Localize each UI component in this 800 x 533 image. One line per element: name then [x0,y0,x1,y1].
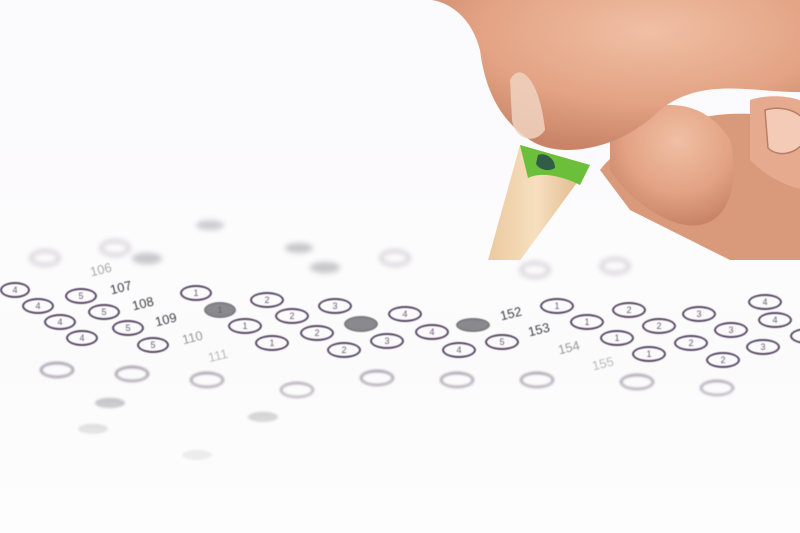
question-number: 111 [206,346,229,365]
bubble[interactable]: 2 [250,292,284,308]
bubble[interactable]: 1 [632,346,666,362]
bubble[interactable]: 5 [485,334,519,350]
bubble[interactable]: 1 [180,285,212,301]
question-number: 152 [499,304,524,324]
bubble[interactable]: 2 [612,302,646,318]
question-number: 154 [557,338,582,358]
bubble[interactable]: 3 [682,306,716,322]
bubble[interactable]: 1 [570,314,604,330]
bubble-filled[interactable] [456,318,490,332]
bubble[interactable]: 4 [790,328,800,344]
question-number: 109 [154,310,179,330]
bubble[interactable]: 1 [228,318,262,334]
bubble-filled[interactable]: 1 [204,302,236,318]
hand-holding-pencil [430,0,800,260]
bubble[interactable]: 4 [415,324,449,340]
bubble[interactable]: 2 [674,335,708,351]
bubble[interactable]: 4 [442,342,476,358]
bubble[interactable]: 2 [300,325,334,341]
bubble[interactable]: 5 [137,337,169,353]
bubble[interactable]: 5 [88,304,120,320]
photo-scene: 106 107 108 109 110 111 4 4 4 4 5 5 5 5 … [0,0,800,533]
depth-of-field-bottom [0,370,800,533]
bubble[interactable]: 1 [540,298,574,314]
bubble[interactable]: 4 [66,330,98,346]
bubble[interactable]: 3 [370,333,404,349]
bubble[interactable]: 4 [388,306,422,322]
bubble[interactable]: 4 [758,312,792,328]
bubble[interactable]: 3 [746,339,780,355]
bubble[interactable]: 4 [22,298,54,314]
question-number: 108 [131,294,156,314]
bubble[interactable]: 4 [44,314,76,330]
question-number: 106 [89,260,114,280]
bubble-filled[interactable] [344,316,378,332]
question-number: 107 [109,278,134,298]
question-number: 110 [180,328,204,348]
bubble[interactable]: 4 [748,294,782,310]
question-number: 153 [527,320,552,340]
bubble[interactable]: 4 [0,282,30,298]
bubble[interactable]: 2 [642,318,676,334]
bubble[interactable]: 5 [65,288,97,304]
bubble[interactable]: 2 [327,342,361,358]
bubble[interactable]: 2 [706,352,740,368]
bubble[interactable]: 5 [112,320,144,336]
bubble[interactable]: 1 [600,330,634,346]
bubble[interactable]: 1 [255,335,289,351]
bubble[interactable]: 2 [275,308,309,324]
bubble[interactable]: 3 [714,322,748,338]
bubble[interactable]: 3 [318,298,352,314]
